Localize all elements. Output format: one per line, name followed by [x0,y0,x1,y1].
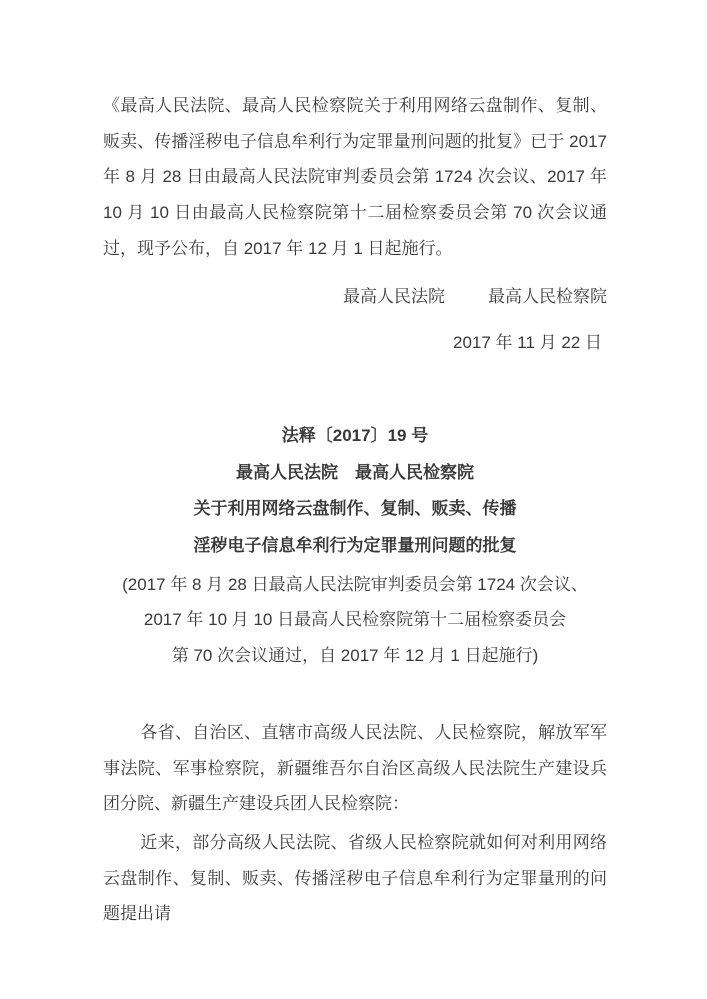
title-subject-line-2: 淫秽电子信息牟利行为定罪量刑问题的批复 [103,528,607,565]
request-paragraph: 近来，部分高级人民法院、省级人民检察院就如何对利用网络云盘制作、复制、贩卖、传播… [103,825,607,932]
adoption-note-line-2: 2017 年 10 月 10 日最高人民检察院第十二届检察委员会 [103,602,607,638]
adoption-note-line-3: 第 70 次会议通过，自 2017 年 12 月 1 日起施行) [103,638,607,674]
doc-number-line: 法释〔2017〕19 号 [103,418,607,455]
issuing-authorities-line: 最高人民法院 最高人民检察院 [103,455,607,492]
signature-procuratorate: 最高人民检察院 [488,279,607,315]
document-page: 《最高人民法院、最高人民检察院关于利用网络云盘制作、复制、贩卖、传播淫秽电子信息… [0,0,707,999]
document-content: 《最高人民法院、最高人民检察院关于利用网络云盘制作、复制、贩卖、传播淫秽电子信息… [0,0,707,932]
signature-date: 2017 年 11 月 22 日 [103,325,607,361]
signature-court: 最高人民法院 [343,279,445,315]
signature-line: 最高人民法院 最高人民检察院 [103,279,607,315]
adoption-note-line-1: (2017 年 8 月 28 日最高人民法院审判委员会第 1724 次会议、 [103,567,607,603]
announcement-paragraph: 《最高人民法院、最高人民检察院关于利用网络云盘制作、复制、贩卖、传播淫秽电子信息… [103,88,607,267]
addressees-paragraph: 各省、自治区、直辖市高级人民法院、人民检察院，解放军军事法院、军事检察院，新疆维… [103,715,607,822]
adoption-note: (2017 年 8 月 28 日最高人民法院审判委员会第 1724 次会议、 2… [103,567,607,674]
title-subject-line-1: 关于利用网络云盘制作、复制、贩卖、传播 [103,491,607,528]
title-block: 法释〔2017〕19 号 最高人民法院 最高人民检察院 关于利用网络云盘制作、复… [103,418,607,565]
